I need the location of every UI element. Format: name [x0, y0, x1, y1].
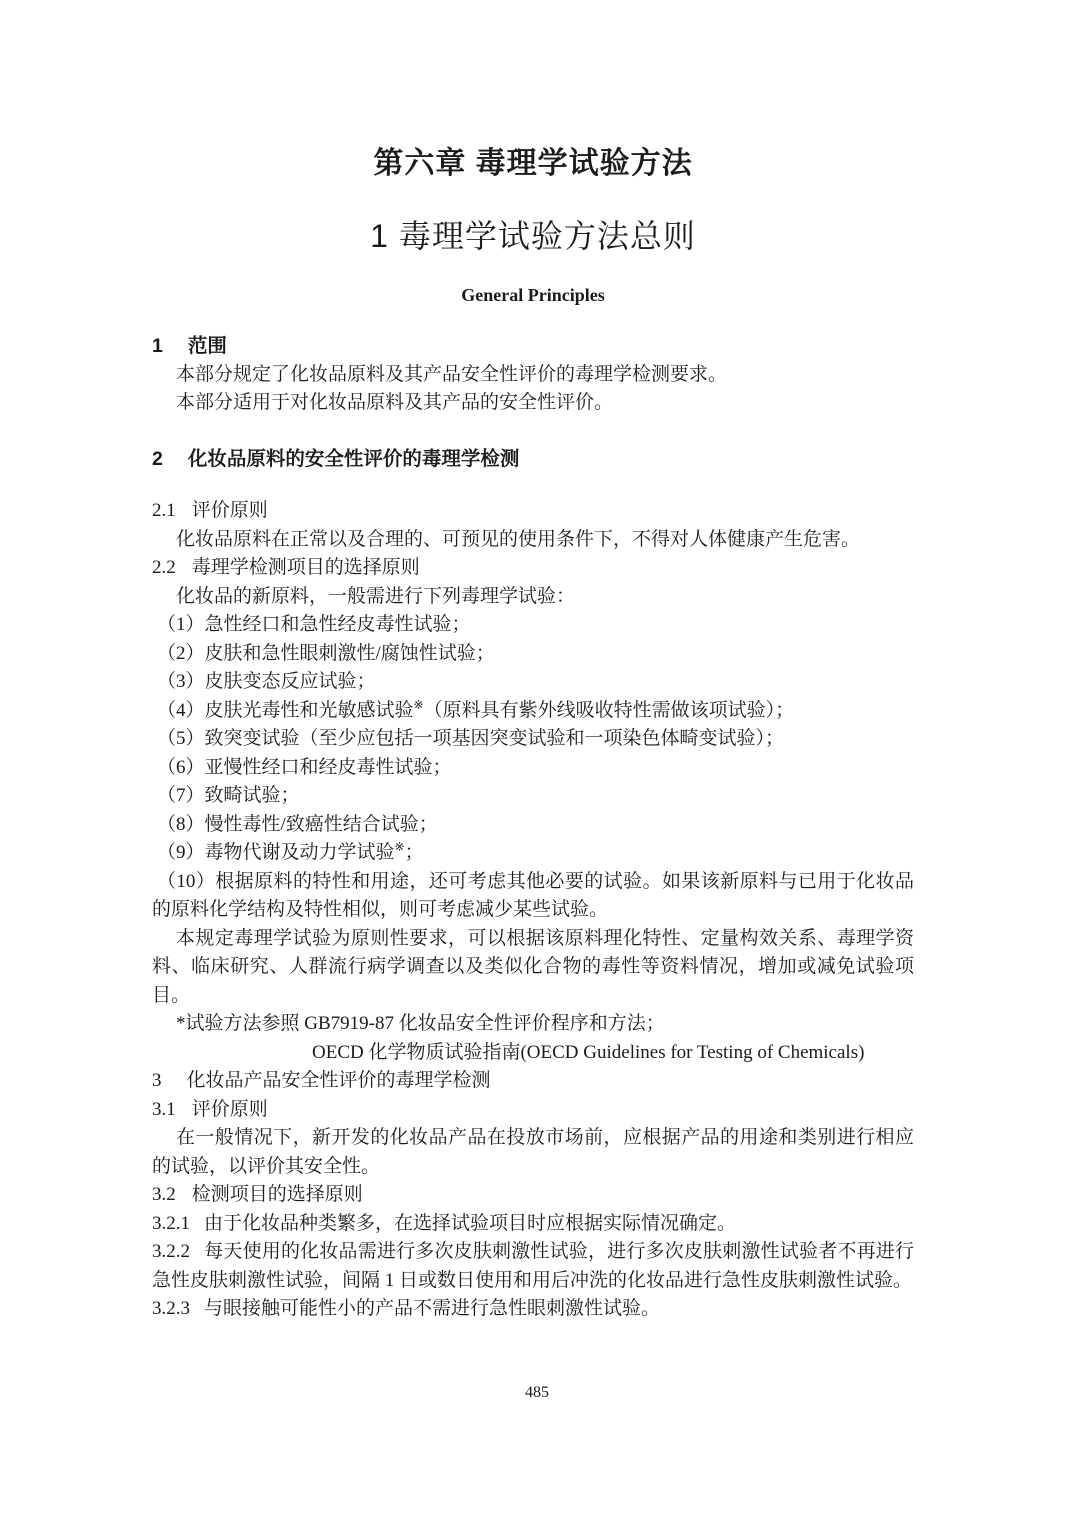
part-title: 1 毒理学试验方法总则 — [152, 216, 914, 256]
document-content: 第六章 毒理学试验方法 1 毒理学试验方法总则 General Principl… — [152, 146, 914, 1324]
section-3-2-number: 3.2 — [152, 1184, 176, 1205]
list-item-7: （7）致畸试验； — [152, 782, 914, 811]
list-item-1: （1）急性经口和急性经皮毒性试验； — [152, 611, 914, 640]
section-3-1-number: 3.1 — [152, 1099, 176, 1120]
section-3-1-heading: 3.1评价原则 — [152, 1096, 914, 1125]
clause-number: 3.2.2 — [152, 1241, 190, 1262]
list-item-text: （2）皮肤和急性眼刺激性/腐蚀性试验； — [157, 643, 495, 664]
section-3-heading: 3化妆品产品安全性评价的毒理学检测 — [152, 1067, 914, 1096]
list-item-text: （5）致突变试验（至少应包括一项基因突变试验和一项染色体畸变试验）； — [157, 728, 784, 749]
list-item-9: （9）毒物代谢及动力学试验※； — [152, 839, 914, 868]
section-3-title: 化妆品产品安全性评价的毒理学检测 — [187, 1070, 491, 1091]
section-3-2-heading: 3.2检测项目的选择原则 — [152, 1181, 914, 1210]
section-2-2-heading: 2.2毒理学检测项目的选择原则 — [152, 554, 914, 583]
section-2-2-number: 2.2 — [152, 557, 176, 578]
section-2-1-number: 2.1 — [152, 500, 176, 521]
section-3-1-title: 评价原则 — [192, 1099, 268, 1120]
clause-3-2-1: 3.2.1由于化妆品种类繁多，在选择试验项目时应根据实际情况确定。 — [152, 1210, 914, 1239]
list-item-6: （6）亚慢性经口和经皮毒性试验； — [152, 754, 914, 783]
list-item-text: （8）慢性毒性/致癌性结合试验； — [157, 814, 438, 835]
list-item-text: （10）根据原料的特性和用途，还可考虑其他必要的试验。如果该新原料与已用于化妆品… — [152, 871, 914, 921]
list-item-4: （4）皮肤光毒性和光敏感试验※（原料具有紫外线吸收特性需做该项试验）； — [152, 697, 914, 726]
clause-3-2-3: 3.2.3与眼接触可能性小的产品不需进行急性眼刺激性试验。 — [152, 1295, 914, 1324]
section-2-number: 2 — [152, 448, 163, 470]
section-1-heading: 1范围 — [152, 332, 914, 361]
clause-text: 每天使用的化妆品需进行多次皮肤刺激性试验，进行多次皮肤刺激性试验者不再进行急性皮… — [152, 1241, 914, 1291]
section-2-1-title: 评价原则 — [192, 500, 268, 521]
list-item-5: （5）致突变试验（至少应包括一项基因突变试验和一项染色体畸变试验）； — [152, 725, 914, 754]
clause-number: 3.2.1 — [152, 1213, 190, 1234]
clause-text: 由于化妆品种类繁多，在选择试验项目时应根据实际情况确定。 — [204, 1213, 736, 1234]
list-item-text: （7）致畸试验； — [157, 785, 300, 806]
english-subtitle: General Principles — [152, 284, 914, 306]
footnote-reference-1: *试验方法参照 GB7919-87 化妆品安全性评价程序和方法； — [152, 1010, 914, 1039]
footnote-reference-2: OECD 化学物质试验指南(OECD Guidelines for Testin… — [152, 1039, 914, 1068]
section-2-1-heading: 2.1评价原则 — [152, 497, 914, 526]
scope-paragraph-2: 本部分适用于对化妆品原料及其产品的安全性评价。 — [152, 389, 914, 418]
document-page: 第六章 毒理学试验方法 1 毒理学试验方法总则 General Principl… — [0, 0, 1074, 1520]
list-item-8: （8）慢性毒性/致癌性结合试验； — [152, 811, 914, 840]
list-item-text: （6）亚慢性经口和经皮毒性试验； — [157, 757, 452, 778]
section-2-heading: 2化妆品原料的安全性评价的毒理学检测 — [152, 445, 914, 474]
clause-3-2-2: 3.2.2每天使用的化妆品需进行多次皮肤刺激性试验，进行多次皮肤刺激性试验者不再… — [152, 1238, 914, 1295]
section-1-number: 1 — [152, 335, 163, 357]
list-item-text: （1）急性经口和急性经皮毒性试验； — [157, 614, 471, 635]
section-2-note: 本规定毒理学试验为原则性要求，可以根据该原料理化特性、定量构效关系、毒理学资料、… — [152, 925, 914, 1011]
list-item-tail: ； — [405, 842, 424, 863]
clause-text: 与眼接触可能性小的产品不需进行急性眼刺激性试验。 — [204, 1298, 660, 1319]
page-number: 485 — [0, 1384, 1074, 1402]
clause-number: 3.2.3 — [152, 1298, 190, 1319]
list-item-2: （2）皮肤和急性眼刺激性/腐蚀性试验； — [152, 640, 914, 669]
section-3-2-title: 检测项目的选择原则 — [192, 1184, 363, 1205]
list-item-text: （4）皮肤光毒性和光敏感试验 — [157, 700, 414, 721]
list-item-3: （3）皮肤变态反应试验； — [152, 668, 914, 697]
section-2-2-intro: 化妆品的新原料，一般需进行下列毒理学试验： — [152, 583, 914, 612]
section-2-title: 化妆品原料的安全性评价的毒理学检测 — [188, 448, 520, 470]
list-item-10: （10）根据原料的特性和用途，还可考虑其他必要的试验。如果该新原料与已用于化妆品… — [152, 868, 914, 925]
scope-paragraph-1: 本部分规定了化妆品原料及其产品安全性评价的毒理学检测要求。 — [152, 361, 914, 390]
section-3-number: 3 — [152, 1070, 162, 1091]
section-3-1-paragraph: 在一般情况下，新开发的化妆品产品在投放市场前，应根据产品的用途和类别进行相应的试… — [152, 1124, 914, 1181]
footnote-marker: ※ — [414, 697, 424, 711]
list-item-tail: （原料具有紫外线吸收特性需做该项试验）； — [424, 700, 795, 721]
list-item-text: （9）毒物代谢及动力学试验 — [157, 842, 395, 863]
chapter-title: 第六章 毒理学试验方法 — [152, 146, 914, 182]
section-2-2-title: 毒理学检测项目的选择原则 — [192, 557, 420, 578]
section-2-1-paragraph: 化妆品原料在正常以及合理的、可预见的使用条件下，不得对人体健康产生危害。 — [152, 526, 914, 555]
footnote-marker: ※ — [395, 840, 405, 854]
list-item-text: （3）皮肤变态反应试验； — [157, 671, 376, 692]
section-1-title: 范围 — [188, 335, 227, 357]
